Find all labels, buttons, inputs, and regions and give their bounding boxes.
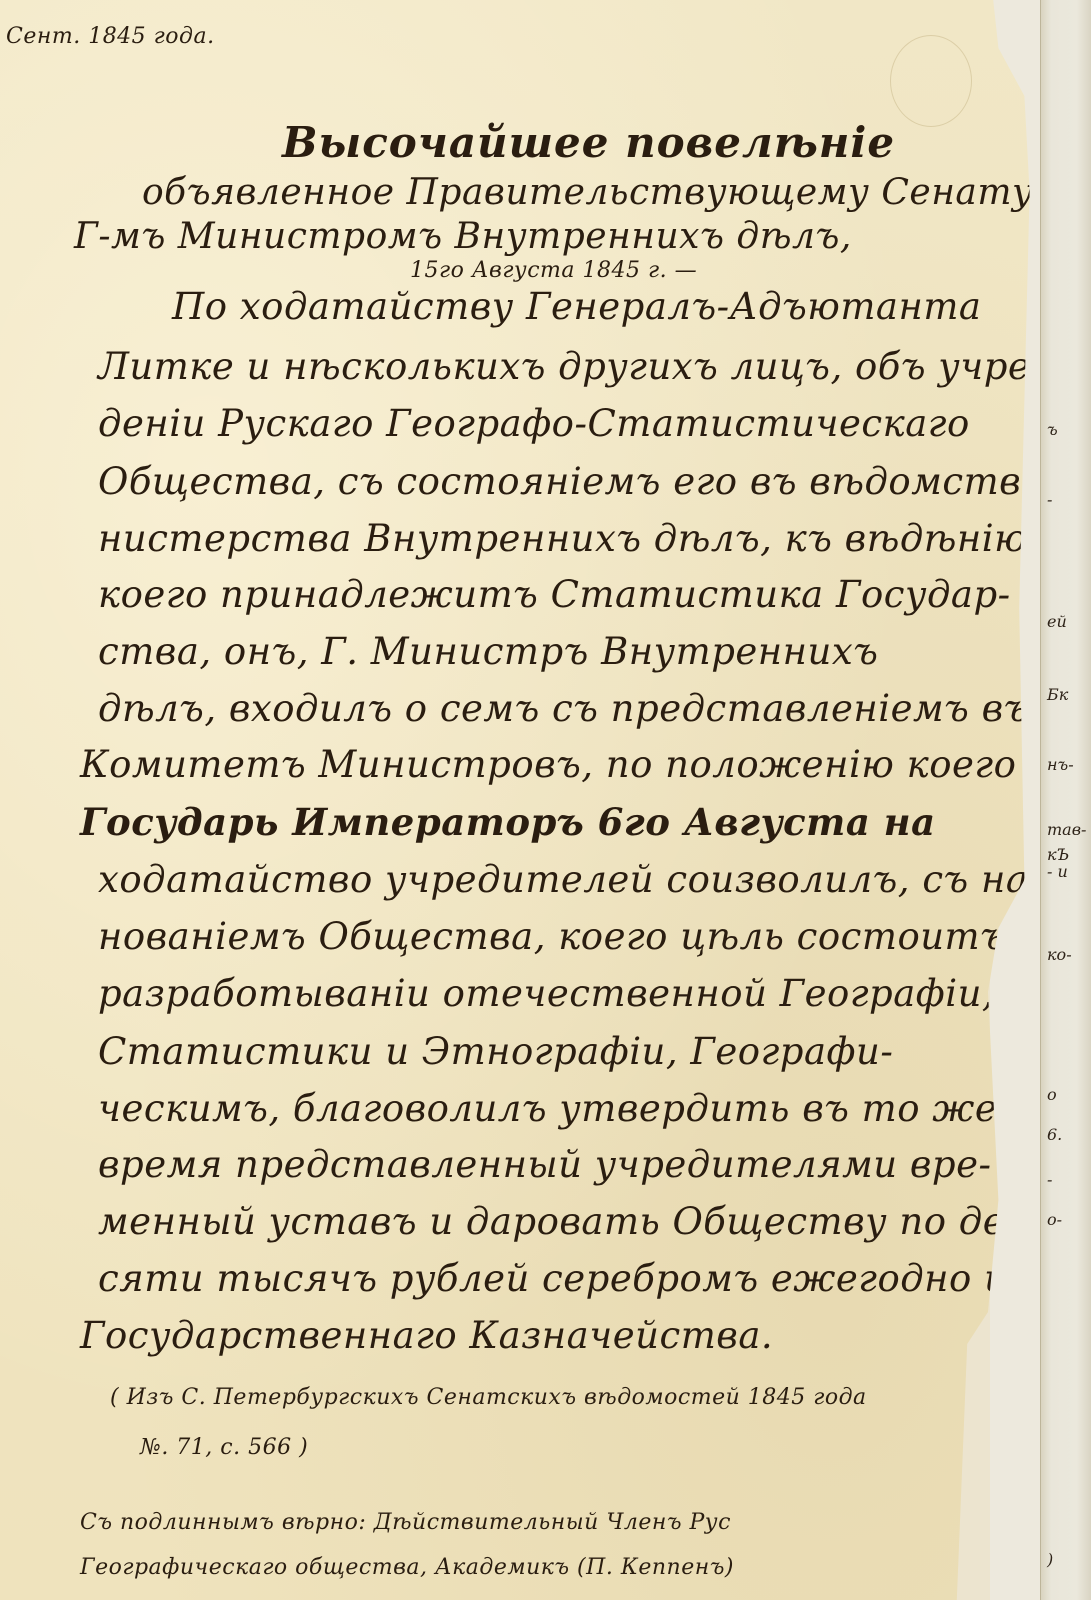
- body-line: Государь Императоръ 6го Августа на: [80, 800, 936, 844]
- margin-fragment: -: [1047, 1170, 1052, 1189]
- margin-fragment: ъ: [1047, 420, 1058, 439]
- margin-fragment: 6.: [1047, 1125, 1062, 1144]
- decree-date: 15го Августа 1845 г. —: [410, 258, 697, 283]
- body-line: Статистики и Этнографіи, Географи-: [98, 1030, 893, 1073]
- margin-fragment: о-: [1047, 1210, 1062, 1229]
- body-line: нистерства Внутреннихъ дѣлъ, къ вѣдѣнію: [98, 517, 1027, 560]
- adjacent-page: ъ - ей Бк нъ- тав- кЪ - и ко- о 6. - о- …: [1040, 0, 1091, 1600]
- body-line: сяти тысячъ рублей серебромъ ежегодно из…: [98, 1257, 1054, 1300]
- body-line: По ходатайству Генералъ-Адъютанта: [172, 285, 982, 328]
- certification-line-1: Съ подлиннымъ вѣрно: Дѣйствительный Член…: [80, 1510, 731, 1535]
- body-line: менный уставъ и даровать Обществу по де-: [98, 1200, 1018, 1243]
- source-citation-line-1: ( Изъ С. Петербургскихъ Сенатскихъ вѣдом…: [110, 1385, 867, 1410]
- body-line: Государственнаго Казначейства.: [80, 1314, 773, 1357]
- subtitle-line-2: Г-мъ Министромъ Внутреннихъ дѣлъ,: [74, 216, 852, 257]
- corner-note: Сент. 1845 года.: [6, 24, 215, 49]
- body-line: деніи Рускаго Географо-Статистическаго: [98, 402, 970, 445]
- body-line: Общества, съ состояніемъ его въ вѣдомств…: [98, 460, 1091, 503]
- body-line: время представленный учредителями вре-: [98, 1143, 992, 1186]
- body-line: Комитетъ Министровъ, по положенію коего: [80, 743, 1016, 786]
- margin-fragment: тав-: [1047, 820, 1086, 839]
- body-line: разработываніи отечественной Географіи,: [98, 972, 994, 1015]
- margin-fragment: ко-: [1047, 945, 1072, 964]
- subtitle-line-1: объявленное Правительствующему Сенату: [142, 172, 1033, 213]
- margin-fragment: - и: [1047, 862, 1068, 881]
- body-line: ходатайство учредителей соизволилъ, съ н…: [98, 858, 1091, 901]
- margin-fragment: ): [1047, 1550, 1053, 1569]
- body-line: Литке и нѣсколькихъ другихъ лицъ, объ уч…: [98, 345, 1086, 388]
- embossed-stamp: [890, 35, 972, 127]
- margin-fragment: нъ-: [1047, 755, 1074, 774]
- body-line: ческимъ, благоволилъ утвердить въ то же: [98, 1087, 997, 1130]
- document-title: Высочайшее повелѣніе: [282, 118, 895, 167]
- body-line: нованіемъ Общества, коего цѣль состоитъ …: [98, 915, 1065, 958]
- body-line: дѣлъ, входилъ о семъ съ представленіемъ …: [98, 687, 1029, 730]
- body-line: ства, онъ, Г. Министръ Внутреннихъ: [98, 630, 878, 673]
- certification-line-2: Географическаго общества, Академикъ (П. …: [80, 1555, 734, 1580]
- margin-fragment: ей: [1047, 612, 1067, 631]
- margin-fragment: о: [1047, 1085, 1057, 1104]
- source-citation-line-2: №. 71, с. 566 ): [140, 1435, 308, 1460]
- margin-fragment: -: [1047, 490, 1052, 509]
- margin-fragment: Бк: [1047, 685, 1068, 704]
- body-line: коего принадлежитъ Статистика Государ-: [98, 573, 1011, 616]
- document-page: Сент. 1845 года. Высочайшее повелѣніе об…: [0, 0, 1040, 1600]
